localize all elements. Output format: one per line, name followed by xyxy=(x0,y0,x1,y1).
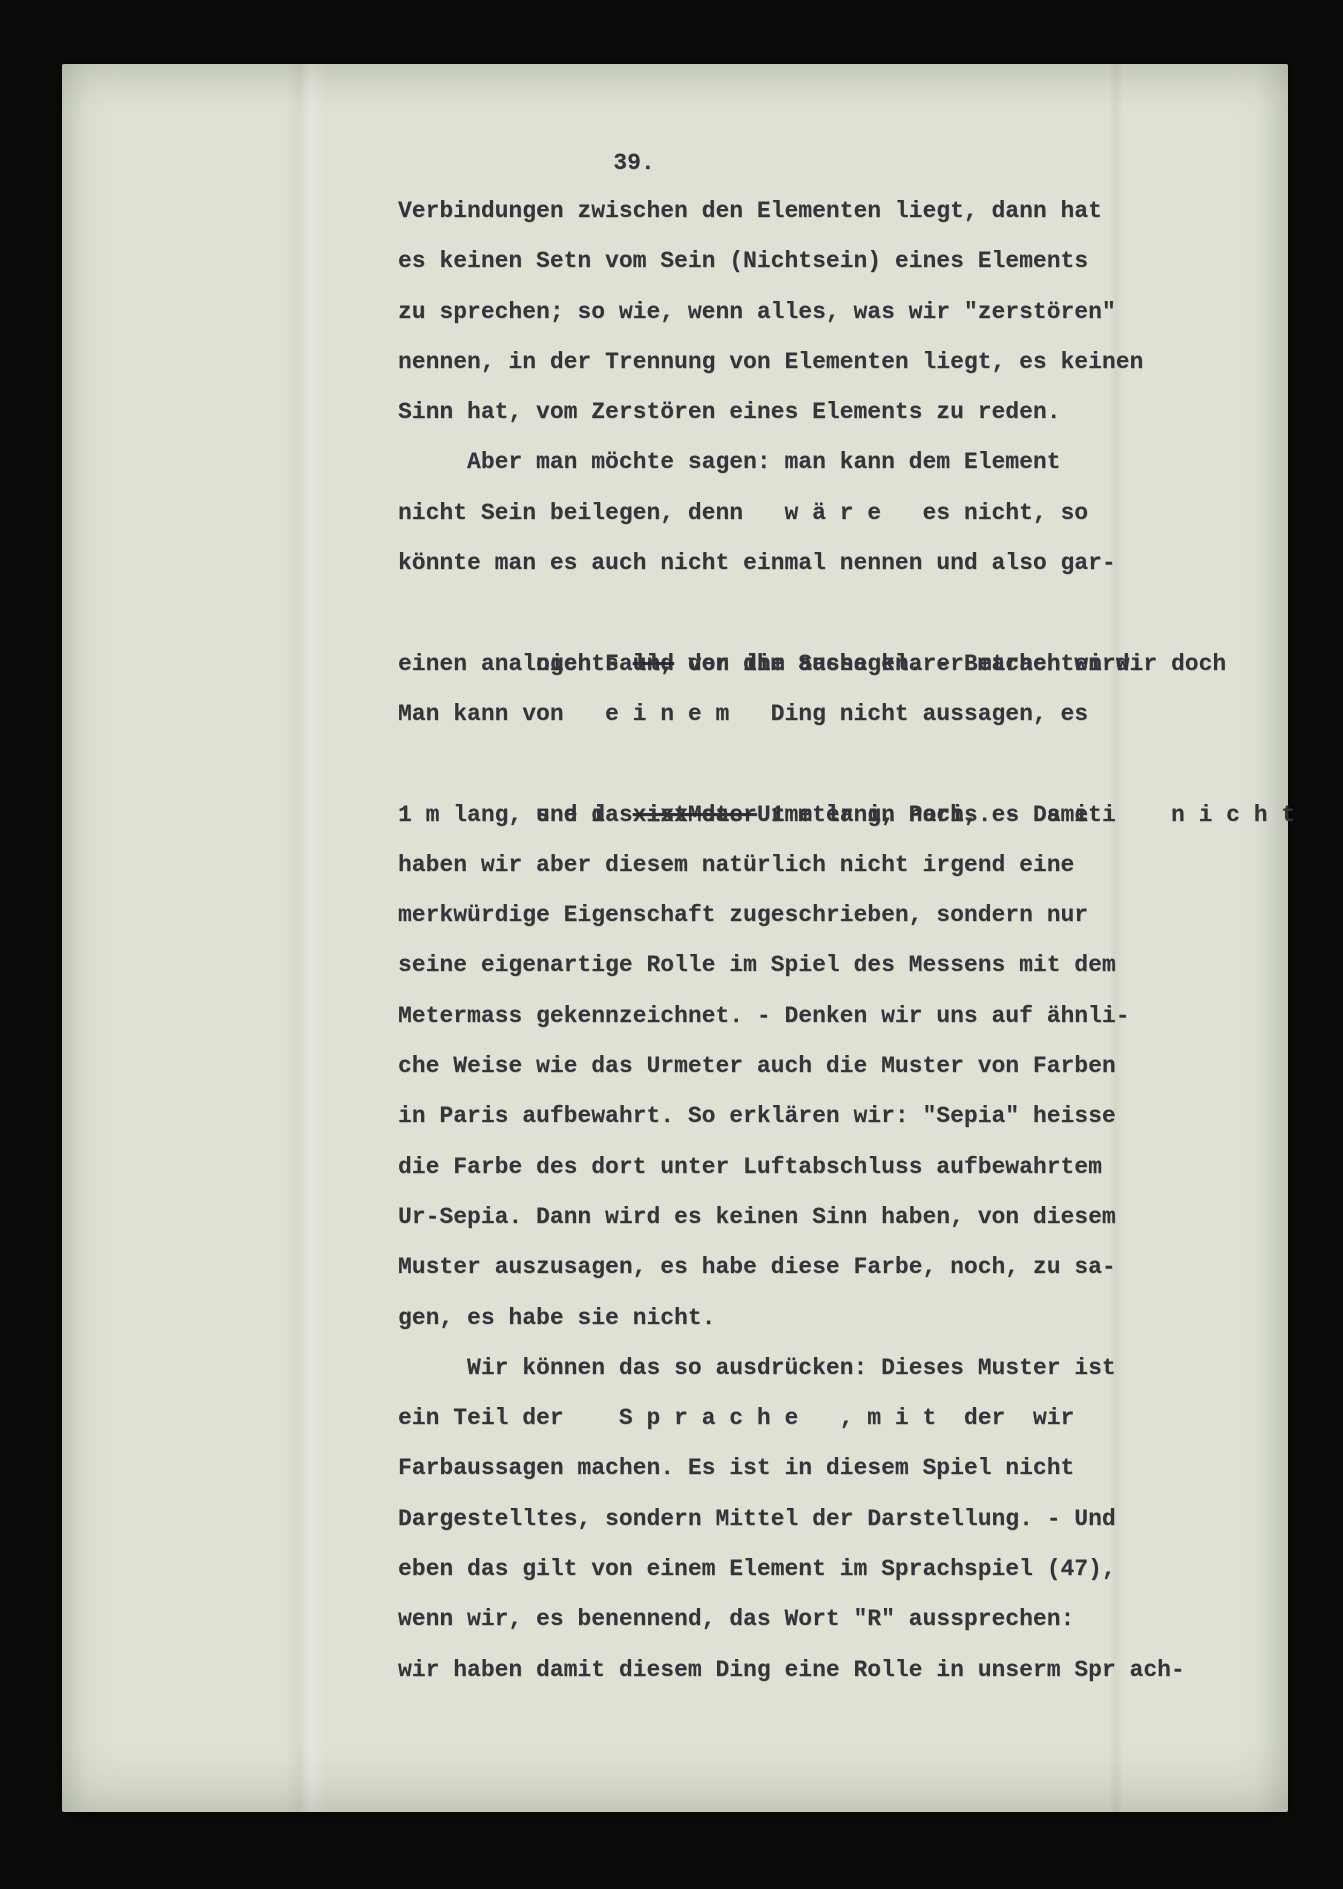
page-number: 39. xyxy=(21,150,1247,176)
typescript-line: nennen, in der Trennung von Elementen li… xyxy=(398,337,1138,387)
typescript-line: in Paris aufbewahrt. So erklären wir: "S… xyxy=(398,1091,1138,1141)
typescript-line: nichts und von ihm aussagen. - Betrachte… xyxy=(398,588,1138,638)
typescript-line: Wir können das so ausdrücken: Dieses Mus… xyxy=(398,1343,1138,1393)
paragraph: Verbindungen zwischen den Elementen lieg… xyxy=(398,186,1138,437)
paragraph: Wir können das so ausdrücken: Dieses Mus… xyxy=(398,1343,1138,1695)
typescript-text: Verbindungen zwischen den Elementen lieg… xyxy=(398,186,1138,1695)
typescript-line: Metermass gekennzeichnet. - Denken wir u… xyxy=(398,991,1138,1041)
typescript-line: Dargestelltes, sondern Mittel der Darste… xyxy=(398,1494,1138,1544)
typescript-line: könnte man es auch nicht einmal nennen u… xyxy=(398,538,1138,588)
typescript-line: wir haben damit diesem Ding eine Rolle i… xyxy=(398,1645,1138,1695)
typescript-line: Muster auszusagen, es habe diese Farbe, … xyxy=(398,1242,1138,1292)
paragraph: Aber man möchte sagen: man kann dem Elem… xyxy=(398,437,1138,1342)
typescript-line: Farbaussagen machen. Es ist in diesem Sp… xyxy=(398,1443,1138,1493)
typescript-line: Sinn hat, vom Zerstören eines Elements z… xyxy=(398,387,1138,437)
typescript-line: einen analogen Fall, der die Sache klare… xyxy=(398,639,1138,689)
typescript-line: Verbindungen zwischen den Elementen lieg… xyxy=(398,186,1138,236)
typescript-line: es keinen Setn vom Sein (Nichtsein) eine… xyxy=(398,236,1138,286)
typescript-line: seine eigenartige Rolle im Spiel des Mes… xyxy=(398,940,1138,990)
typescript-line: Ur-Sepia. Dann wird es keinen Sinn haben… xyxy=(398,1192,1138,1242)
typescript-line: 1 m lang, und das ist das Urmeter in Par… xyxy=(398,790,1138,840)
typescript-line: merkwürdige Eigenschaft zugeschrieben, s… xyxy=(398,890,1138,940)
typescript-line: wenn wir, es benennend, das Wort "R" aus… xyxy=(398,1594,1138,1644)
typescript-line: Man kann von e i n e m Ding nicht aussag… xyxy=(398,689,1138,739)
document-page: 39. Verbindungen zwischen den Elementen … xyxy=(62,64,1288,1812)
typescript-line: zu sprechen; so wie, wenn alles, was wir… xyxy=(398,287,1138,337)
typescript-line: che Weise wie das Urmeter auch die Muste… xyxy=(398,1041,1138,1091)
typescript-line: ein Teil der S p r a c h e , m i t der w… xyxy=(398,1393,1138,1443)
scan-background: 39. Verbindungen zwischen den Elementen … xyxy=(0,0,1343,1889)
typescript-line: s e i xixxMeter 1 m lang, noch, es s e i… xyxy=(398,739,1138,789)
typescript-line: die Farbe des dort unter Luftabschluss a… xyxy=(398,1142,1138,1192)
typescript-line: eben das gilt von einem Element im Sprac… xyxy=(398,1544,1138,1594)
typescript-line: Aber man möchte sagen: man kann dem Elem… xyxy=(398,437,1138,487)
typescript-line: gen, es habe sie nicht. xyxy=(398,1293,1138,1343)
typescript-line: nicht Sein beilegen, denn w ä r e es nic… xyxy=(398,488,1138,538)
typescript-line: haben wir aber diesem natürlich nicht ir… xyxy=(398,840,1138,890)
